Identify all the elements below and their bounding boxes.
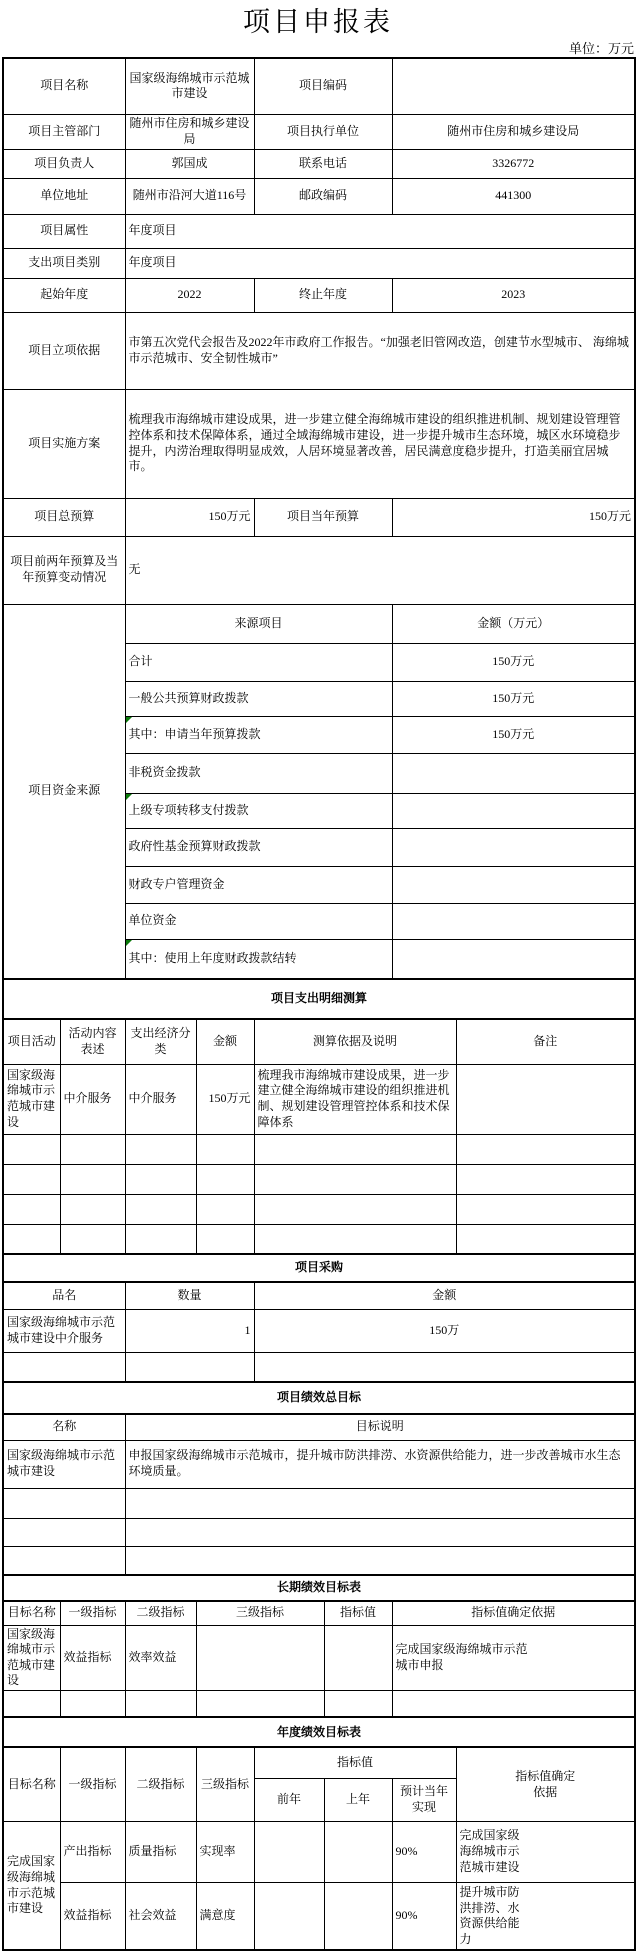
annual-r2-prev1 — [324, 1882, 392, 1950]
annual-r2-l2: 社会效益 — [125, 1882, 196, 1950]
expense-note — [456, 1064, 635, 1134]
funding-total-name: 合计 — [125, 643, 392, 681]
annual-r1-basis: 完成国家级 海绵城市示 范城市建设 — [456, 1821, 635, 1882]
row-annual-data-2: 效益指标 社会效益 满意度 90% 提升城市防 洪排涝、水 资源供给能 力 — [3, 1882, 635, 1950]
address-value: 随州市沿河大道116号 — [125, 178, 254, 214]
project-code-label: 项目编码 — [254, 58, 392, 114]
empty-cell — [125, 1352, 254, 1382]
funding-transfer-name: 上级专项转移支付拨款 — [125, 793, 392, 828]
row-expense-empty-1 — [3, 1134, 635, 1164]
annual-r2-prev2 — [254, 1882, 324, 1950]
expense-h-amount: 金额 — [196, 1019, 254, 1064]
expense-category-label: 支出项目类别 — [3, 248, 125, 278]
annual-goal: 完成国家级海绵城市示范城市建设 — [3, 1821, 60, 1950]
funding-special-account-name: 财政专户管理资金 — [125, 866, 392, 903]
funding-govfund-name: 政府性基金预算财政拨款 — [125, 828, 392, 866]
funding-current-request-name: 其中：申请当年预算拨款 — [125, 716, 392, 753]
exec-unit-value: 随州市住房和城乡建设局 — [392, 114, 635, 149]
annual-r1-l3: 实现率 — [196, 1821, 254, 1882]
project-name-label: 项目名称 — [3, 58, 125, 114]
annual-h-value-group: 指标值 — [254, 1747, 456, 1778]
row-annual-band: 年度绩效目标表 — [3, 1717, 635, 1747]
empty-cell — [3, 1224, 60, 1254]
end-year-value: 2023 — [392, 278, 635, 312]
expense-category: 中介服务 — [125, 1064, 196, 1134]
longterm-value — [324, 1625, 392, 1690]
row-expense-data: 国家级海绵城市示范城市建设 中介服务 中介服务 150万元 梳理我市海绵城市建设… — [3, 1064, 635, 1134]
empty-cell — [3, 1546, 125, 1575]
expense-h-note: 备注 — [456, 1019, 635, 1064]
empty-cell — [254, 1224, 456, 1254]
row-overall-empty-2 — [3, 1518, 635, 1546]
empty-cell — [125, 1488, 635, 1518]
row-overall-band: 项目绩效总目标 — [3, 1382, 635, 1414]
empty-cell — [60, 1164, 125, 1194]
row-expense-header: 项目活动 活动内容表述 支出经济分类 金额 测算依据及说明 备注 — [3, 1019, 635, 1064]
procurement-amount: 150万 — [254, 1309, 635, 1352]
annual-r2-basis: 提升城市防 洪排涝、水 资源供给能 力 — [456, 1882, 635, 1950]
expense-basis: 梳理我市海绵城市建设成果，进一步建立健全海绵城市建设的组织推进机制、规划建设管理… — [254, 1064, 456, 1134]
row-annual-header-1: 目标名称 一级指标 二级指标 三级指标 指标值 指标值确定 依据 — [3, 1747, 635, 1778]
empty-cell — [3, 1164, 60, 1194]
annual-h-prev2: 前年 — [254, 1778, 324, 1821]
funding-unit-name: 单位资金 — [125, 903, 392, 939]
end-year-label: 终止年度 — [254, 278, 392, 312]
procurement-qty: 1 — [125, 1309, 254, 1352]
empty-cell — [254, 1194, 456, 1224]
annual-r1-l1: 产出指标 — [60, 1821, 125, 1882]
longterm-goal: 国家级海绵城市示范城市建设 — [3, 1625, 60, 1690]
empty-cell — [254, 1134, 456, 1164]
funding-govfund-amount — [392, 828, 635, 866]
empty-cell — [456, 1194, 635, 1224]
annual-r1-l2: 质量指标 — [125, 1821, 196, 1882]
expense-content: 中介服务 — [60, 1064, 125, 1134]
row-prev-budget: 项目前两年预算及当年预算变动情况 无 — [3, 536, 635, 604]
row-overall-empty-3 — [3, 1546, 635, 1575]
empty-cell — [3, 1518, 125, 1546]
longterm-basis: 完成国家级海绵城市示范 城市申报 — [392, 1625, 635, 1690]
longterm-h-goal: 目标名称 — [3, 1601, 60, 1625]
empty-cell — [125, 1224, 196, 1254]
empty-cell — [456, 1224, 635, 1254]
phone-value: 3326772 — [392, 149, 635, 178]
expense-h-basis: 测算依据及说明 — [254, 1019, 456, 1064]
funding-general-amount: 150万元 — [392, 681, 635, 716]
empty-cell — [324, 1690, 392, 1717]
empty-cell — [456, 1134, 635, 1164]
empty-cell — [3, 1134, 60, 1164]
empty-cell — [60, 1134, 125, 1164]
dept-value: 随州市住房和城乡建设局 — [125, 114, 254, 149]
row-implementation-plan: 项目实施方案 梳理我市海绵城市建设成果，进一步建立健全海绵城市建设的组织推进机制… — [3, 389, 635, 498]
empty-cell — [196, 1224, 254, 1254]
row-procurement-empty — [3, 1352, 635, 1382]
row-longterm-empty — [3, 1690, 635, 1717]
longterm-h-l3: 三级指标 — [196, 1601, 324, 1625]
row-procurement-header: 品名 数量 金额 — [3, 1282, 635, 1309]
implementation-plan-label: 项目实施方案 — [3, 389, 125, 498]
leader-label: 项目负责人 — [3, 149, 125, 178]
row-expense-category: 支出项目类别 年度项目 — [3, 248, 635, 278]
row-attribute: 项目属性 年度项目 — [3, 214, 635, 248]
row-annual-data-1: 完成国家级海绵城市示范城市建设 产出指标 质量指标 实现率 90% 完成国家级 … — [3, 1821, 635, 1882]
funding-carryover-name: 其中：使用上年度财政拨款结转 — [125, 939, 392, 979]
funding-unit-amount — [392, 903, 635, 939]
procurement-h-name: 品名 — [3, 1282, 125, 1309]
annual-h-l3: 三级指标 — [196, 1747, 254, 1821]
empty-cell — [125, 1194, 196, 1224]
annual-h-l2: 二级指标 — [125, 1747, 196, 1821]
unit-note: 单位：万元 — [0, 41, 634, 57]
application-form-table: 项目名称 国家级海绵城市示范城市建设 项目编码 项目主管部门 随州市住房和城乡建… — [2, 57, 636, 1951]
row-budget: 项目总预算 150万元 项目当年预算 150万元 — [3, 498, 635, 536]
funding-source-label: 项目资金来源 — [3, 604, 125, 979]
longterm-h-l2: 二级指标 — [125, 1601, 196, 1625]
longterm-h-value: 指标值 — [324, 1601, 392, 1625]
funding-carryover-amount — [392, 939, 635, 979]
expense-activity: 国家级海绵城市示范城市建设 — [3, 1064, 60, 1134]
row-departments: 项目主管部门 随州市住房和城乡建设局 项目执行单位 随州市住房和城乡建设局 — [3, 114, 635, 149]
row-approval-basis: 项目立项依据 市第五次党代会报告及2022年市政府工作报告。“加强老旧管网改造，… — [3, 312, 635, 389]
row-expense-empty-4 — [3, 1224, 635, 1254]
section-title-expense-detail: 项目支出明细测算 — [3, 979, 635, 1019]
prev-budget-label: 项目前两年预算及当年预算变动情况 — [3, 536, 125, 604]
start-year-label: 起始年度 — [3, 278, 125, 312]
funding-special-account-amount — [392, 866, 635, 903]
longterm-l3 — [196, 1625, 324, 1690]
annual-r2-current: 90% — [392, 1882, 456, 1950]
empty-cell — [196, 1134, 254, 1164]
implementation-plan-value: 梳理我市海绵城市建设成果，进一步建立健全海绵城市建设的组织推进机制、规划建设管理… — [125, 389, 635, 498]
attribute-label: 项目属性 — [3, 214, 125, 248]
project-name-value: 国家级海绵城市示范城市建设 — [125, 58, 254, 114]
funding-col-amount: 金额（万元） — [392, 604, 635, 643]
annual-r1-current: 90% — [392, 1821, 456, 1882]
annual-r2-l3: 满意度 — [196, 1882, 254, 1950]
empty-cell — [254, 1352, 635, 1382]
empty-cell — [3, 1352, 125, 1382]
funding-general-name: 一般公共预算财政拨款 — [125, 681, 392, 716]
row-longterm-band: 长期绩效目标表 — [3, 1575, 635, 1601]
expense-amount: 150万元 — [196, 1064, 254, 1134]
phone-label: 联系电话 — [254, 149, 392, 178]
funding-total-amount: 150万元 — [392, 643, 635, 681]
overall-desc: 申报国家级海绵城市示范城市，提升城市防洪排涝、水资源供给能力，进一步改善城市水生… — [125, 1440, 635, 1488]
empty-cell — [60, 1690, 125, 1717]
current-budget-value: 150万元 — [392, 498, 635, 536]
empty-cell — [125, 1164, 196, 1194]
expense-h-activity: 项目活动 — [3, 1019, 60, 1064]
longterm-l1: 效益指标 — [60, 1625, 125, 1690]
empty-cell — [3, 1690, 60, 1717]
annual-h-current: 预计当年 实现 — [392, 1778, 456, 1821]
row-longterm-header: 目标名称 一级指标 二级指标 三级指标 指标值 指标值确定依据 — [3, 1601, 635, 1625]
empty-cell — [196, 1164, 254, 1194]
attribute-value: 年度项目 — [125, 214, 635, 248]
section-title-procurement: 项目采购 — [3, 1254, 635, 1282]
annual-h-l1: 一级指标 — [60, 1747, 125, 1821]
document-page: 项目申报表 单位：万元 项目名称 国家级海绵城市示范城市建设 项目编码 项目主管… — [0, 0, 636, 1951]
overall-h-desc: 目标说明 — [125, 1414, 635, 1440]
dept-label: 项目主管部门 — [3, 114, 125, 149]
overall-h-name: 名称 — [3, 1414, 125, 1440]
row-procurement-data: 国家级海绵城市示范城市建设中介服务 1 150万 — [3, 1309, 635, 1352]
expense-h-category: 支出经济分类 — [125, 1019, 196, 1064]
exec-unit-label: 项目执行单位 — [254, 114, 392, 149]
total-budget-label: 项目总预算 — [3, 498, 125, 536]
zip-label: 邮政编码 — [254, 178, 392, 214]
empty-cell — [3, 1194, 60, 1224]
annual-h-basis: 指标值确定 依据 — [456, 1747, 635, 1821]
row-expense-band: 项目支出明细测算 — [3, 979, 635, 1019]
empty-cell — [125, 1134, 196, 1164]
start-year-value: 2022 — [125, 278, 254, 312]
page-title: 项目申报表 — [0, 0, 636, 40]
empty-cell — [254, 1164, 456, 1194]
row-project-name: 项目名称 国家级海绵城市示范城市建设 项目编码 — [3, 58, 635, 114]
row-leader-phone: 项目负责人 郭国成 联系电话 3326772 — [3, 149, 635, 178]
empty-cell — [3, 1488, 125, 1518]
procurement-h-qty: 数量 — [125, 1282, 254, 1309]
prev-budget-value: 无 — [125, 536, 635, 604]
section-title-overall-goal: 项目绩效总目标 — [3, 1382, 635, 1414]
expense-category-value: 年度项目 — [125, 248, 635, 278]
longterm-l2: 效率效益 — [125, 1625, 196, 1690]
annual-r2-l1: 效益指标 — [60, 1882, 125, 1950]
row-overall-data: 国家级海绵城市示范城市建设 申报国家级海绵城市示范城市，提升城市防洪排涝、水资源… — [3, 1440, 635, 1488]
expense-h-content: 活动内容表述 — [60, 1019, 125, 1064]
empty-cell — [392, 1690, 635, 1717]
annual-h-goal: 目标名称 — [3, 1747, 60, 1821]
row-longterm-data: 国家级海绵城市示范城市建设 效益指标 效率效益 完成国家级海绵城市示范 城市申报 — [3, 1625, 635, 1690]
annual-r1-prev1 — [324, 1821, 392, 1882]
empty-cell — [196, 1690, 324, 1717]
leader-value: 郭国成 — [125, 149, 254, 178]
funding-current-request-amount: 150万元 — [392, 716, 635, 753]
overall-name: 国家级海绵城市示范城市建设 — [3, 1440, 125, 1488]
empty-cell — [456, 1164, 635, 1194]
empty-cell — [196, 1194, 254, 1224]
longterm-h-basis: 指标值确定依据 — [392, 1601, 635, 1625]
total-budget-value: 150万元 — [125, 498, 254, 536]
approval-basis-label: 项目立项依据 — [3, 312, 125, 389]
section-title-annual: 年度绩效目标表 — [3, 1717, 635, 1747]
current-budget-label: 项目当年预算 — [254, 498, 392, 536]
zip-value: 441300 — [392, 178, 635, 214]
empty-cell — [125, 1690, 196, 1717]
row-funding-header: 项目资金来源 来源项目 金额（万元） — [3, 604, 635, 643]
row-overall-header: 名称 目标说明 — [3, 1414, 635, 1440]
project-code-value — [392, 58, 635, 114]
row-years: 起始年度 2022 终止年度 2023 — [3, 278, 635, 312]
funding-nontax-name: 非税资金拨款 — [125, 753, 392, 793]
empty-cell — [125, 1518, 635, 1546]
procurement-name: 国家级海绵城市示范城市建设中介服务 — [3, 1309, 125, 1352]
row-address-zip: 单位地址 随州市沿河大道116号 邮政编码 441300 — [3, 178, 635, 214]
empty-cell — [60, 1194, 125, 1224]
row-overall-empty-1 — [3, 1488, 635, 1518]
funding-col-source: 来源项目 — [125, 604, 392, 643]
procurement-h-amount: 金额 — [254, 1282, 635, 1309]
empty-cell — [60, 1224, 125, 1254]
row-procurement-band: 项目采购 — [3, 1254, 635, 1282]
annual-r1-prev2 — [254, 1821, 324, 1882]
row-expense-empty-2 — [3, 1164, 635, 1194]
section-title-longterm: 长期绩效目标表 — [3, 1575, 635, 1601]
longterm-h-l1: 一级指标 — [60, 1601, 125, 1625]
empty-cell — [125, 1546, 635, 1575]
annual-h-prev1: 上年 — [324, 1778, 392, 1821]
funding-nontax-amount — [392, 753, 635, 793]
approval-basis-value: 市第五次党代会报告及2022年市政府工作报告。“加强老旧管网改造，创建节水型城市… — [125, 312, 635, 389]
funding-transfer-amount — [392, 793, 635, 828]
row-expense-empty-3 — [3, 1194, 635, 1224]
address-label: 单位地址 — [3, 178, 125, 214]
